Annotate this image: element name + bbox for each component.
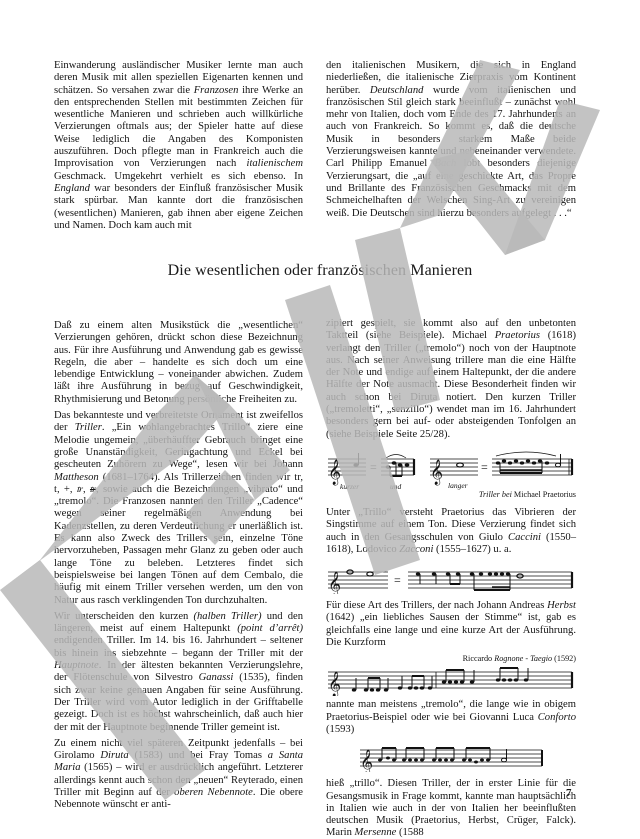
section-heading: Die wesentlichen oder französischen Mani… <box>0 262 640 280</box>
music-notation-icon: 𝄞 <box>326 666 576 696</box>
music-example-rognone: Riccardo Rognone - Taegio (1592) 𝄞 <box>326 653 576 693</box>
paragraph: Wir unterscheiden den kurzen (halben Tri… <box>54 611 303 734</box>
top-left-column: Einwanderung ausländischer Musiker lernt… <box>54 60 303 236</box>
paragraph: hieß „trillo“. Diesen Triller, der in er… <box>326 778 576 839</box>
paragraph: Für diese Art des Trillers, der nach Joh… <box>326 600 576 649</box>
svg-text:𝄞: 𝄞 <box>430 459 443 485</box>
svg-text:langer: langer <box>448 481 468 490</box>
svg-text:=: = <box>481 460 488 474</box>
music-example-trillo: 𝄞 = <box>326 564 576 594</box>
example-caption: Triller bei Michael Praetorius <box>326 489 576 501</box>
svg-text:kurzer: kurzer <box>340 482 359 491</box>
music-notation-icon: 𝄞 = <box>326 564 576 594</box>
paragraph: Unter „Trillo“ versteht Praetorius das V… <box>326 507 576 556</box>
svg-text:𝄞: 𝄞 <box>328 671 341 696</box>
paragraph: Zu einem nicht viel späteren Zeitpunkt j… <box>54 738 303 812</box>
paragraph: Daß zu einem alten Musikstück die „wesen… <box>54 320 303 406</box>
book-page: Einwanderung ausländischer Musiker lernt… <box>0 0 640 839</box>
music-example-conforto: 𝄞 <box>358 744 576 772</box>
svg-text:=: = <box>370 460 377 474</box>
page-number: 7 <box>566 787 572 799</box>
music-notation-icon: 𝄞 𝄞 = = <box>326 449 576 491</box>
svg-text:=: = <box>394 573 401 587</box>
paragraph: den italienischen Musikern, die sich in … <box>326 60 576 220</box>
trill-sign-struck-icon: 𝆖 <box>90 484 96 495</box>
svg-text:𝄞: 𝄞 <box>360 749 373 772</box>
svg-text:und: und <box>390 482 402 491</box>
paragraph: Das bekannteste und verbreitetste Orname… <box>54 410 303 607</box>
top-right-column: den italienischen Musikern, die sich in … <box>326 60 576 224</box>
body-left-column: Daß zu einem alten Musikstück die „wesen… <box>54 320 303 816</box>
music-example-praetorius: 𝄞 𝄞 = = <box>326 449 576 501</box>
paragraph: Einwanderung ausländischer Musiker lernt… <box>54 60 303 232</box>
trill-sign-icon: 𝆖 <box>77 484 83 495</box>
body-right-column: zipiert gespielt, sie kommt also auf den… <box>326 318 576 839</box>
paragraph: zipiert gespielt, sie kommt also auf den… <box>326 318 576 441</box>
paragraph: nannte man meistens „tremolo“, die lange… <box>326 699 576 736</box>
music-notation-icon: 𝄞 <box>358 744 548 772</box>
example-caption: Riccardo Rognone - Taegio (1592) <box>326 653 576 665</box>
svg-text:𝄞: 𝄞 <box>328 571 341 594</box>
